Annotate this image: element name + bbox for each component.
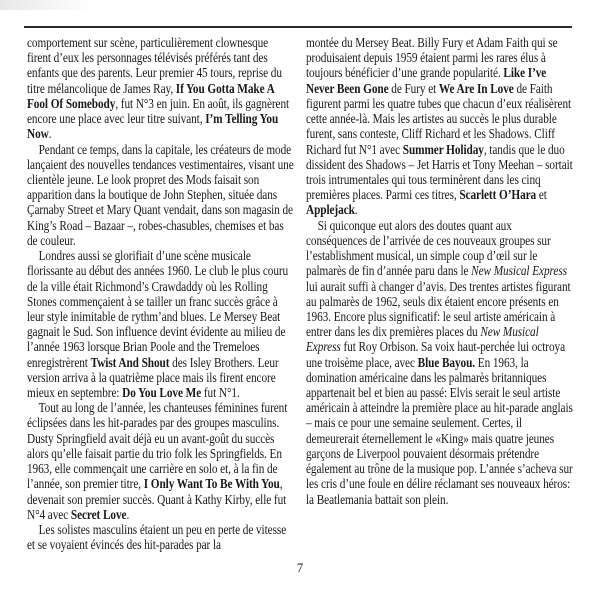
body-text: . — [49, 126, 52, 141]
body-text: . — [355, 202, 358, 217]
paragraph: comportement sur scène, particulièrement… — [27, 35, 294, 142]
publication-title: New Musical Express — [471, 263, 567, 278]
body-text: En 1963, la domination américaine dans l… — [306, 355, 573, 507]
header-rule — [24, 26, 572, 28]
paragraph: Si quiconque eut alors des doutes quant … — [306, 218, 573, 507]
song-title: Applejack — [306, 202, 355, 217]
paragraph: Tout au long de l’année, les chanteuses … — [27, 400, 294, 522]
song-title: I Only Want To Be With You — [144, 476, 280, 491]
song-title: Blue Bayou. — [418, 355, 475, 370]
right-column: montée du Mersey Beat. Billy Fury et Ada… — [306, 35, 574, 507]
body-text: . — [126, 507, 129, 522]
song-title: Secret Love — [71, 507, 127, 522]
song-title: Do You Love Me — [122, 385, 201, 400]
body-text: fut N°1. — [201, 385, 240, 400]
body-text: Pendant ce temps, dans la capitale, les … — [27, 142, 294, 248]
page-number: 7 — [290, 560, 310, 576]
left-column: comportement sur scène, particulièrement… — [27, 35, 295, 552]
song-title: Scarlett O’Hara — [459, 187, 536, 202]
paragraph: Londres aussi se glorifiait d’une scène … — [27, 248, 294, 400]
scan-smudge — [0, 0, 95, 10]
song-title: Twist And Shout — [91, 355, 170, 370]
body-text: Les solistes masculins étaient un peu en… — [27, 522, 286, 552]
paragraph: Pendant ce temps, dans la capitale, les … — [27, 142, 294, 249]
song-title: We Are In Love — [439, 81, 514, 96]
body-text: Londres aussi se glorifiait d’une scène … — [27, 248, 288, 370]
body-text: et — [536, 187, 547, 202]
song-title: Summer Holiday — [403, 142, 484, 157]
paragraph: Les solistes masculins étaient un peu en… — [27, 522, 294, 552]
paragraph: montée du Mersey Beat. Billy Fury et Ada… — [306, 35, 573, 218]
body-text: de Fury et — [389, 81, 439, 96]
